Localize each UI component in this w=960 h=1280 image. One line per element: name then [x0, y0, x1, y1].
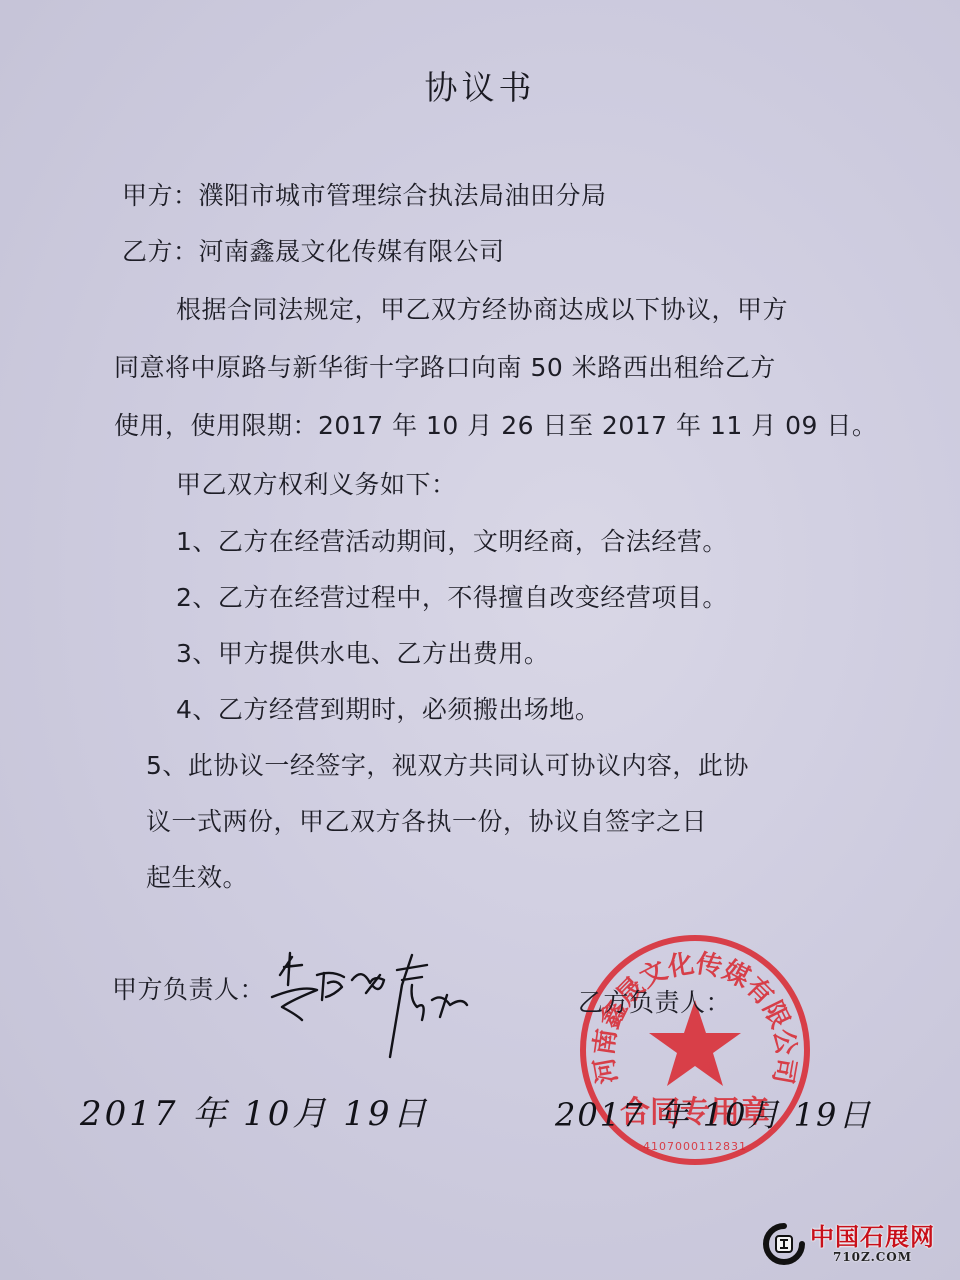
- site-watermark: 中国石展网 710Z.COM: [762, 1222, 935, 1266]
- party-a-signature-date: 2017 年 10月 19日: [80, 1086, 429, 1135]
- clause-5-line-3: 起生效。: [146, 858, 248, 894]
- rights-heading: 甲乙双方权利义务如下：: [176, 465, 457, 501]
- party-a-line: 甲方：濮阳市城市管理综合执法局油田分局: [122, 176, 607, 212]
- intro-paragraph-line-3: 使用，使用限期：2017 年 10 月 26 日至 2017 年 11 月 09…: [114, 406, 877, 442]
- party-b-signatory-label: 乙方负责人：: [578, 983, 731, 1019]
- watermark-logo-icon: [762, 1222, 806, 1266]
- seal-serial-number: 4107000112831: [643, 1140, 747, 1153]
- document-title: 协议书: [0, 62, 960, 109]
- watermark-domain: 710Z.COM: [833, 1250, 912, 1264]
- party-a-handwritten-signature: [262, 945, 482, 1065]
- intro-paragraph-line-1: 根据合同法规定，甲乙双方经协商达成以下协议，甲方: [176, 290, 788, 326]
- clause-3: 3、甲方提供水电、乙方出费用。: [176, 634, 549, 670]
- party-b-line: 乙方：河南鑫晟文化传媒有限公司: [122, 232, 505, 268]
- clause-5-line-2: 议一式两份，甲乙双方各执一份，协议自签字之日: [146, 802, 707, 838]
- intro-paragraph-line-2: 同意将中原路与新华街十字路口向南 50 米路西出租给乙方: [114, 348, 776, 384]
- clause-1: 1、乙方在经营活动期间，文明经商，合法经营。: [176, 522, 728, 558]
- party-a-signatory-label: 甲方负责人：: [112, 970, 265, 1006]
- clause-2: 2、乙方在经营过程中，不得擅自改变经营项目。: [176, 578, 728, 614]
- clause-4: 4、乙方经营到期时，必须搬出场地。: [176, 690, 600, 726]
- clause-5-line-1: 5、此协议一经签字，视双方共同认可协议内容，此协: [146, 746, 749, 782]
- agreement-document: 协议书 甲方：濮阳市城市管理综合执法局油田分局 乙方：河南鑫晟文化传媒有限公司 …: [0, 0, 960, 1280]
- party-b-signature-date: 2017 年 10月 19日: [555, 1090, 872, 1136]
- watermark-site-name: 中国石展网: [810, 1224, 935, 1250]
